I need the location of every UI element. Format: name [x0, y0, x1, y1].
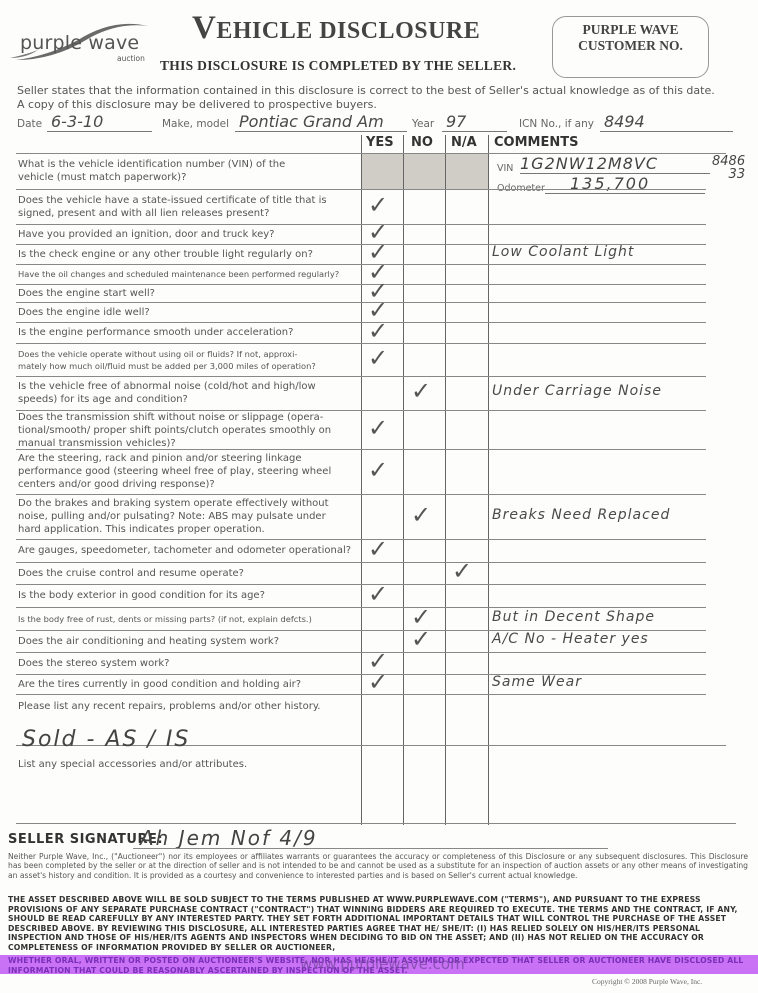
answer-cell-na[interactable]: [445, 652, 488, 674]
answer-cell-no[interactable]: [403, 284, 445, 302]
date-field[interactable]: 6-3-10: [47, 112, 152, 132]
answer-cell-yes[interactable]: [361, 376, 403, 410]
question-text: Does the engine start well?: [18, 287, 155, 300]
column-comments: COMMENTS: [494, 135, 578, 150]
history-field[interactable]: Sold - AS / IS: [22, 727, 190, 752]
check-mark-icon: ✓: [368, 193, 388, 217]
copyright: Copyright © 2008 Purple Wave, Inc.: [592, 977, 702, 986]
question-text: Does the cruise control and resume opera…: [18, 567, 244, 580]
answer-cell-na[interactable]: [445, 322, 488, 343]
check-mark-icon: ✓: [368, 537, 388, 561]
column-no: NO: [411, 135, 433, 150]
answer-cell-no[interactable]: [403, 264, 445, 284]
table-column-divider: [488, 135, 489, 825]
comment-field[interactable]: Same Wear: [492, 674, 582, 690]
answer-cell-yes: [361, 153, 403, 189]
answer-cell-yes[interactable]: [361, 607, 403, 630]
question-text: Does the vehicle operate without using o…: [18, 348, 316, 372]
logo-subtext: auction: [117, 54, 145, 63]
answer-cell-yes[interactable]: [361, 494, 403, 539]
answer-cell-na: [445, 153, 488, 189]
answer-cell-no[interactable]: [403, 562, 445, 584]
icn-field[interactable]: 8494: [600, 112, 733, 132]
logo-text: purple wave: [20, 32, 139, 54]
answer-cell-na[interactable]: [445, 244, 488, 264]
check-mark-icon: ✓: [411, 379, 431, 403]
check-mark-icon: ✓: [368, 582, 388, 606]
answer-cell-na[interactable]: [445, 284, 488, 302]
page-title: VEHICLE DISCLOSURE: [192, 10, 480, 47]
accessories-field[interactable]: [18, 772, 358, 822]
question-text: Are the steering, rack and pinion and/or…: [18, 452, 331, 491]
answer-cell-na[interactable]: [445, 189, 488, 224]
answer-cell-na[interactable]: [445, 410, 488, 449]
question-text: Are gauges, speedometer, tachometer and …: [18, 544, 351, 557]
check-mark-icon: ✓: [411, 627, 431, 651]
vin-extra: 848633: [712, 155, 745, 181]
answer-cell-na[interactable]: [445, 494, 488, 539]
question-text: Is the vehicle free of abnormal noise (c…: [18, 380, 316, 406]
question-text: Have you provided an ignition, door and …: [18, 228, 274, 241]
check-mark-icon: ✓: [411, 503, 431, 527]
column-na: N/A: [451, 135, 477, 150]
check-mark-icon: ✓: [368, 346, 388, 370]
check-mark-icon: ✓: [452, 559, 472, 583]
page-subtitle: THIS DISCLOSURE IS COMPLETED BY THE SELL…: [160, 58, 516, 74]
answer-cell-na[interactable]: [445, 264, 488, 284]
answer-cell-na[interactable]: [445, 449, 488, 494]
answer-cell-no[interactable]: [403, 189, 445, 224]
accessories-prompt: List any special accessories and/or attr…: [18, 758, 247, 771]
comment-field[interactable]: Breaks Need Replaced: [492, 507, 670, 523]
seller-signature-field[interactable]: Ah Jem Nof 4/9: [140, 826, 318, 850]
customer-number-box[interactable]: PURPLE WAVE CUSTOMER NO.: [552, 16, 709, 78]
table-row-divider: [16, 694, 706, 695]
comment-field[interactable]: A/C No - Heater yes: [492, 631, 649, 647]
odometer-field[interactable]: 135,700: [545, 174, 705, 194]
answer-cell-no[interactable]: [403, 410, 445, 449]
answer-cell-na[interactable]: [445, 674, 488, 694]
question-text: Is the check engine or any other trouble…: [18, 248, 313, 261]
answer-cell-no[interactable]: [403, 674, 445, 694]
answer-cell-no[interactable]: [403, 343, 445, 376]
check-mark-icon: ✓: [368, 458, 388, 482]
check-mark-icon: ✓: [368, 416, 388, 440]
history-prompt: Please list any recent repairs, problems…: [18, 700, 321, 713]
question-text: Does the vehicle have a state-issued cer…: [18, 194, 327, 220]
make-model-field[interactable]: Pontiac Grand Am: [235, 112, 407, 132]
answer-cell-na[interactable]: [445, 376, 488, 410]
question-text: Does the transmission shift without nois…: [18, 411, 331, 450]
check-mark-icon: ✓: [368, 670, 388, 694]
answer-cell-na[interactable]: [445, 343, 488, 376]
question-text: Is the engine performance smooth under a…: [18, 326, 293, 339]
question-text: Have the oil changes and scheduled maint…: [18, 268, 339, 280]
check-mark-icon: ✓: [368, 319, 388, 343]
comment-field[interactable]: Low Coolant Light: [492, 244, 634, 260]
disclaimer-text: Neither Purple Wave, Inc., ("Auctioneer"…: [8, 852, 748, 880]
answer-cell-no[interactable]: [403, 449, 445, 494]
comment-field[interactable]: Under Carriage Noise: [492, 383, 662, 399]
table-row-divider: [16, 823, 736, 824]
answer-cell-no[interactable]: [403, 224, 445, 244]
answer-cell-na[interactable]: [445, 584, 488, 607]
purple-wave-logo: purple wave auction: [8, 10, 158, 65]
vin-field[interactable]: 1G2NW12M8VC: [520, 154, 710, 174]
answer-cell-no[interactable]: [403, 322, 445, 343]
comment-field[interactable]: But in Decent Shape: [492, 609, 655, 625]
question-text: Does the stereo system work?: [18, 657, 169, 670]
vehicle-meta-row: Date 6-3-10 Make, model Pontiac Grand Am…: [17, 112, 757, 136]
answer-cell-no[interactable]: [403, 652, 445, 674]
answer-cell-na[interactable]: [445, 302, 488, 322]
legal-terms: THE ASSET DESCRIBED ABOVE WILL BE SOLD S…: [8, 895, 748, 953]
answer-cell-no: [403, 153, 445, 189]
question-text: Are the tires currently in good conditio…: [18, 678, 301, 691]
answer-cell-na[interactable]: [445, 607, 488, 630]
year-field[interactable]: 97: [442, 112, 507, 132]
answer-cell-na[interactable]: [445, 630, 488, 652]
question-text: Is the body free of rust, dents or missi…: [18, 613, 312, 625]
answer-cell-no[interactable]: [403, 244, 445, 264]
signature-line: [133, 848, 608, 849]
question-text: What is the vehicle identification numbe…: [18, 158, 285, 184]
answer-cell-na[interactable]: [445, 224, 488, 244]
intro-text: Seller states that the information conta…: [17, 84, 715, 112]
column-yes: YES: [366, 135, 394, 150]
question-text: Is the body exterior in good condition f…: [18, 589, 265, 602]
question-text: Does the air conditioning and heating sy…: [18, 635, 279, 648]
question-text: Do the brakes and braking system operate…: [18, 497, 329, 536]
answer-cell-no[interactable]: [403, 539, 445, 562]
question-text: Does the engine idle well?: [18, 306, 150, 319]
watermark-url: www.purplewave.com: [300, 955, 465, 973]
answer-cell-no[interactable]: [403, 302, 445, 322]
